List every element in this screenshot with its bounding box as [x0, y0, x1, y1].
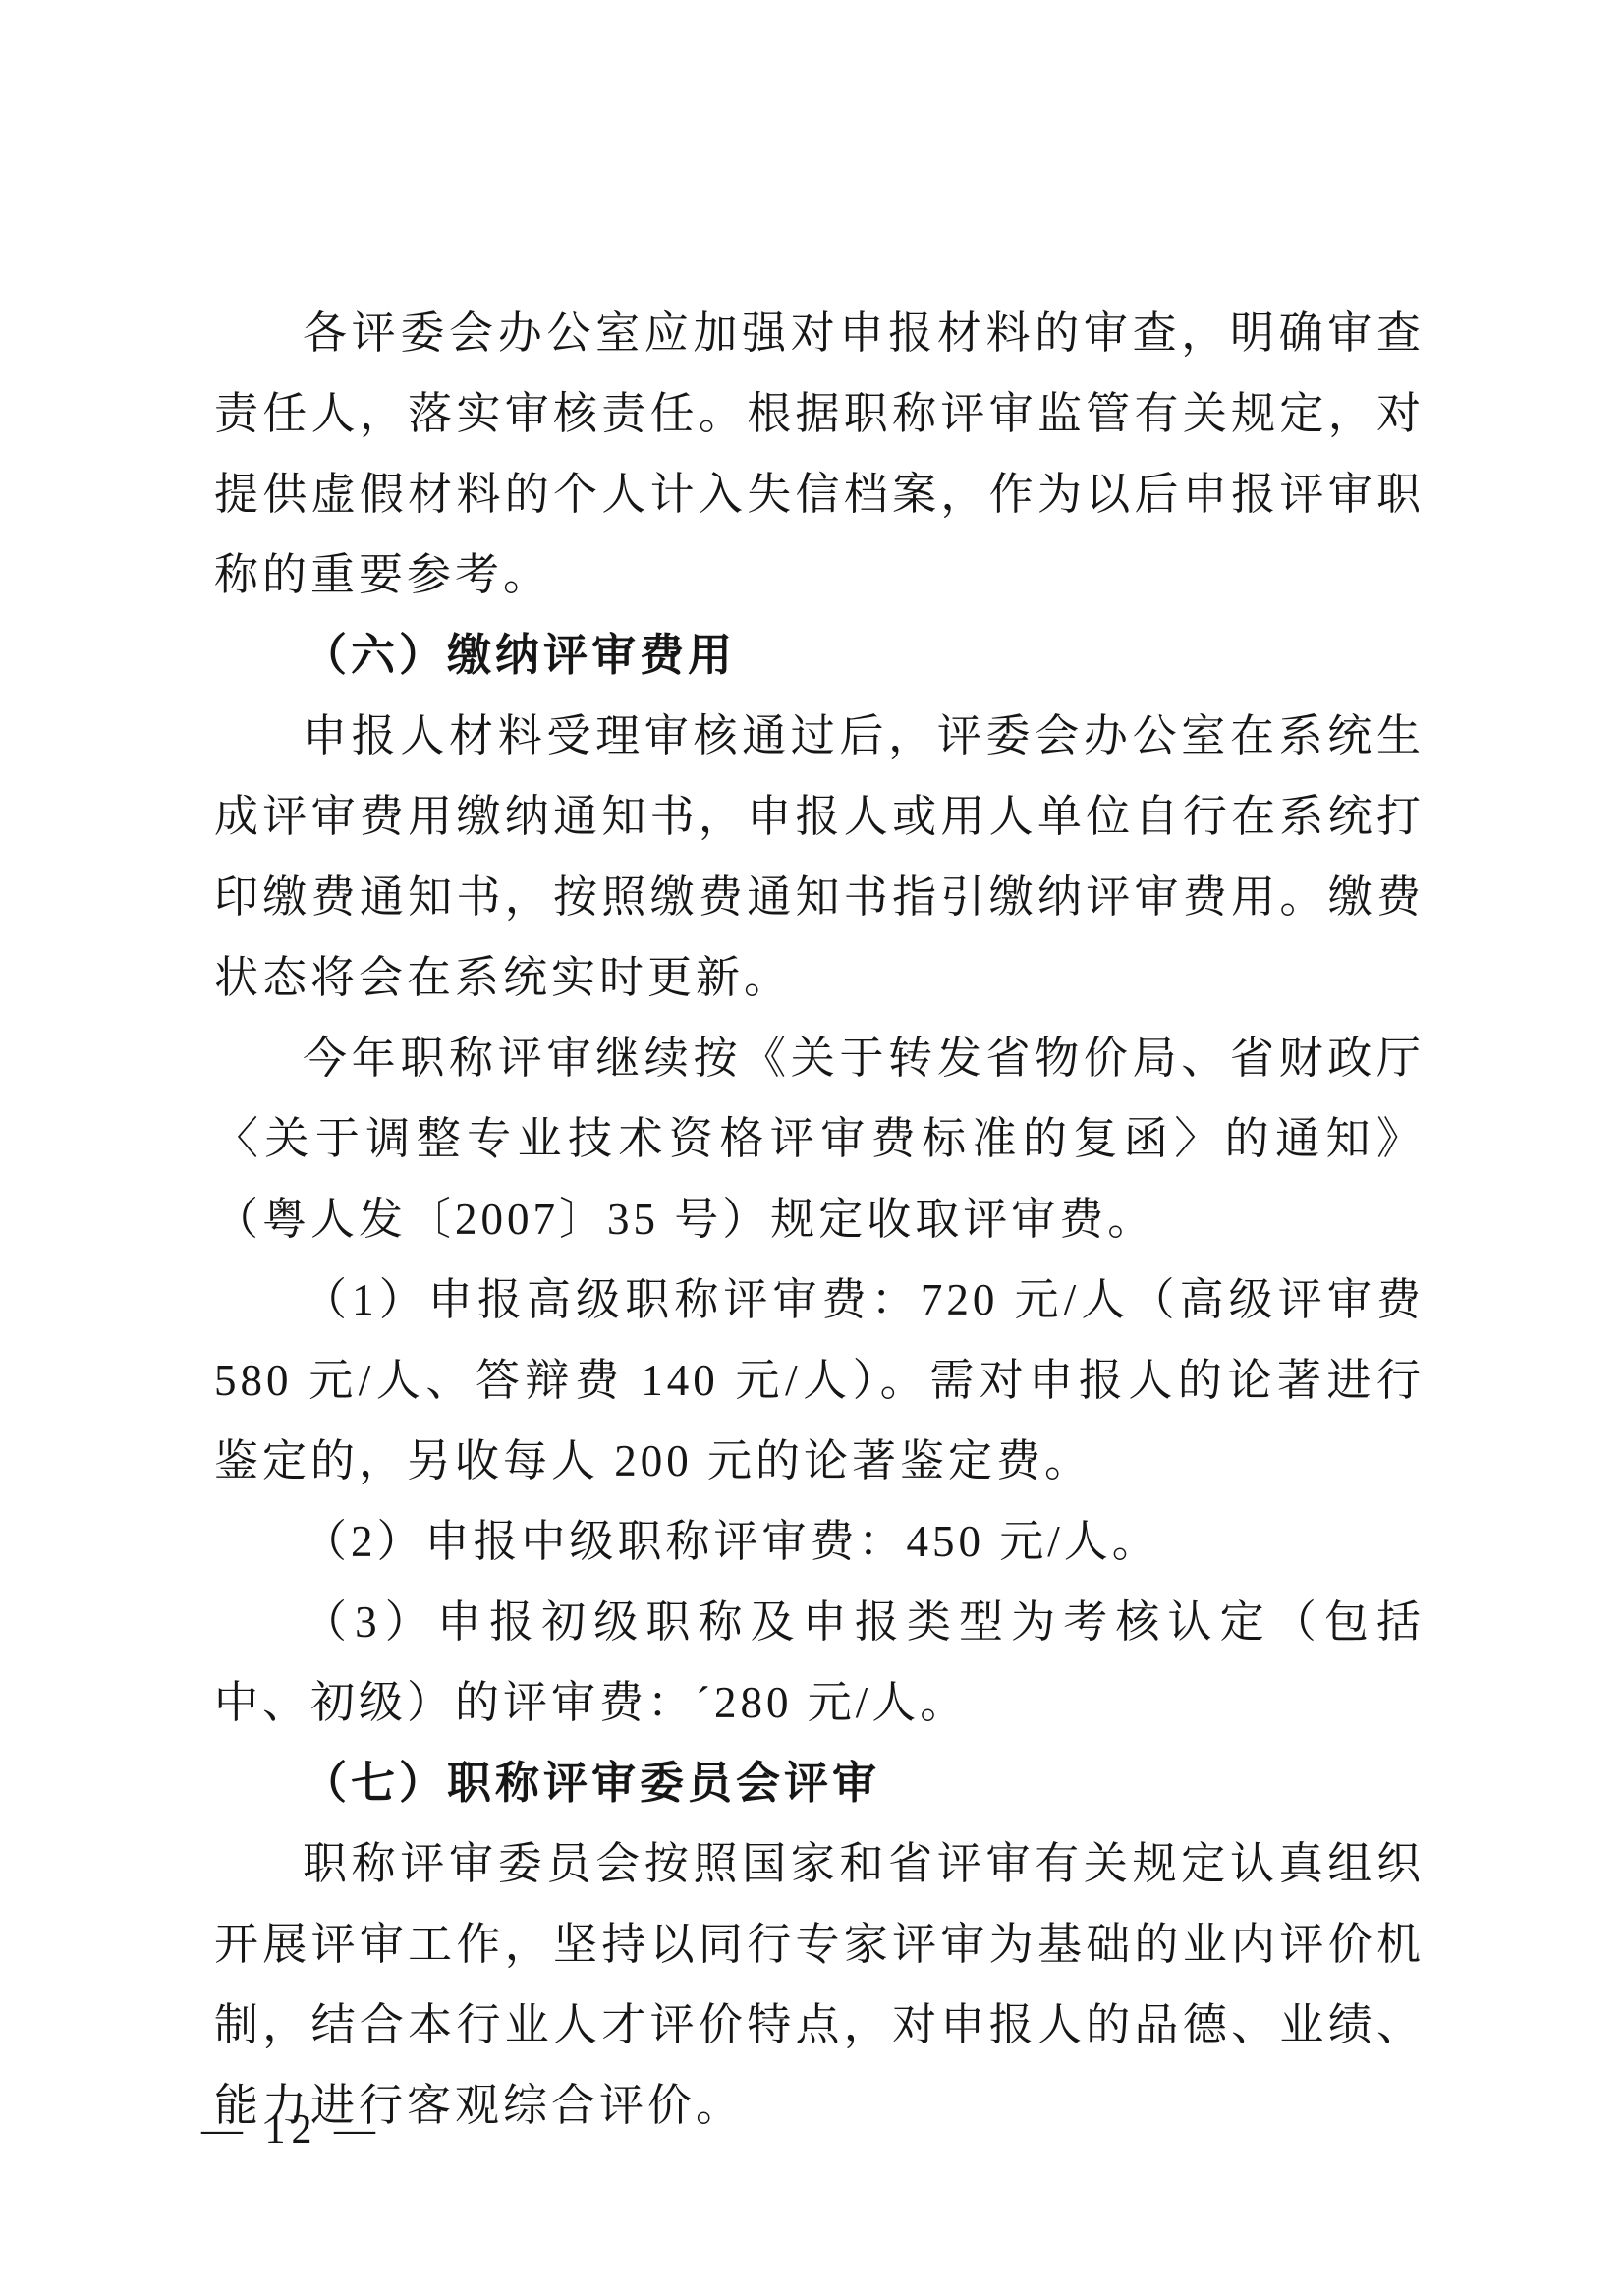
paragraph-fee-standard-basis: 今年职称评审继续按《关于转发省物价局、省财政厅〈关于调整专业技术资格评审费标准的…: [214, 1018, 1425, 1259]
paragraph-senior-title-fee: （1）申报高级职称评审费：720 元/人（高级评审费 580 元/人、答辩费 1…: [214, 1259, 1425, 1501]
section-heading-6-pay-review-fee: （六）缴纳评审费用: [214, 615, 1425, 696]
paragraph-material-audit-responsibility: 各评委会办公室应加强对申报材料的审查，明确审查责任人，落实审核责任。根据职称评审…: [214, 293, 1425, 615]
document-page: 各评委会办公室应加强对申报材料的审查，明确审查责任人，落实审核责任。根据职称评审…: [0, 0, 1624, 2295]
paragraph-committee-review-process: 职称评审委员会按照国家和省评审有关规定认真组织开展评审工作，坚持以同行专家评审为…: [214, 1823, 1425, 2146]
page-number: — 12 —: [201, 2104, 381, 2155]
paragraph-fee-payment-notice: 申报人材料受理审核通过后，评委会办公室在系统生成评审费用缴纳通知书，申报人或用人…: [214, 696, 1425, 1018]
paragraph-intermediate-title-fee: （2）申报中级职称评审费：450 元/人。: [214, 1501, 1425, 1582]
section-heading-7-committee-review: （七）职称评审委员会评审: [214, 1743, 1425, 1823]
paragraph-junior-title-fee: （3）申报初级职称及申报类型为考核认定（包括中、初级）的评审费：´280 元/人…: [214, 1582, 1425, 1743]
document-body: 各评委会办公室应加强对申报材料的审查，明确审查责任人，落实审核责任。根据职称评审…: [214, 293, 1425, 2146]
